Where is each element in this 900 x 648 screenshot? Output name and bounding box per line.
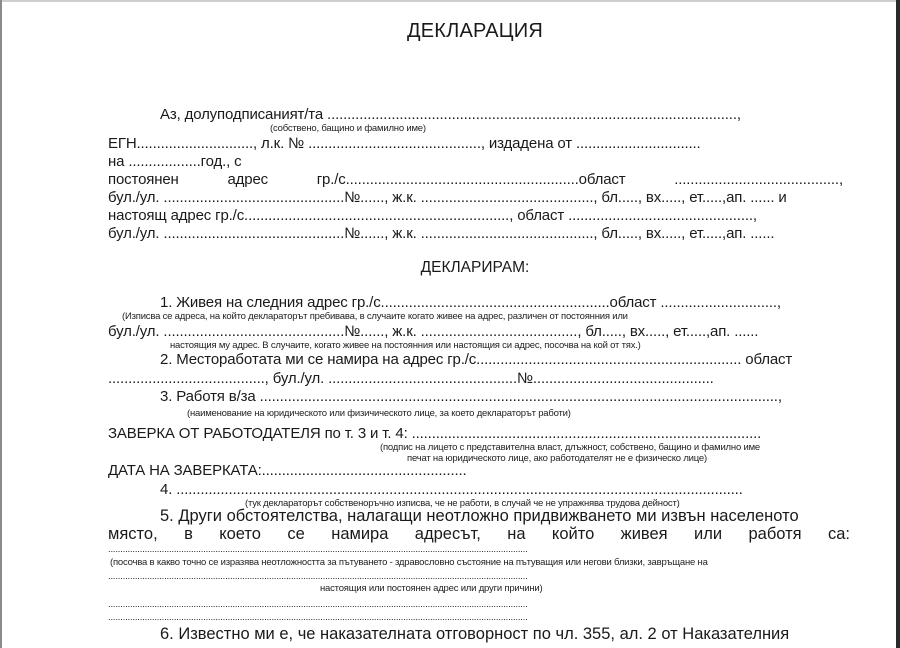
intro-name-line: Аз, долуподписаният/та .................… bbox=[160, 106, 741, 123]
intro-current-street-line: бул./ул. ...............................… bbox=[108, 225, 774, 242]
intro-egn-line: ЕГН............................., л.к. №… bbox=[108, 135, 701, 152]
intro-permanent-address-line: постоянен адрес гр./с...................… bbox=[108, 171, 843, 188]
item1-line1: 1. Живея на следния адрес гр./с.........… bbox=[160, 294, 781, 311]
word: който bbox=[552, 525, 594, 544]
item5-dots1: ........................................… bbox=[108, 544, 843, 555]
item1-note1: (Изписва се адреса, на който декларатoръ… bbox=[122, 311, 628, 322]
item5-note1: (посочва в какво точно се изразява неотл… bbox=[110, 557, 708, 568]
item5-line1: 5. Други обстоятелства, налагащи неотлож… bbox=[160, 507, 799, 526]
employer-note1: (подпис на лицето с представителна власт… bbox=[380, 442, 760, 453]
item5-dots2: ........................................… bbox=[108, 571, 843, 582]
word: адресът, bbox=[415, 525, 481, 544]
certification-date-line: ДАТА НА ЗАВЕРКАТА:......................… bbox=[108, 462, 467, 479]
word: което bbox=[219, 525, 261, 544]
word: работя bbox=[748, 525, 801, 544]
item3-line1: 3. Работя в/за .........................… bbox=[160, 388, 782, 405]
item5-note2: настоящия или постоянен адрес или други … bbox=[320, 583, 543, 594]
intro-name-note: (собствено, бащино и фамилно име) bbox=[270, 123, 426, 134]
item5-dots4: ........................................… bbox=[108, 612, 848, 623]
item1-note2: настоящия му адрес. В случаите, когато ж… bbox=[170, 340, 641, 351]
intro-current-address-line: настоящ адрес гр./с.....................… bbox=[108, 207, 757, 224]
item3-note: (наименование на юридическото или физичи… bbox=[187, 408, 571, 419]
word: живея bbox=[621, 525, 668, 544]
employer-certification-line: ЗАВЕРКА ОТ РАБОТОДАТЕЛЯ по т. 3 и т. 4: … bbox=[108, 425, 761, 442]
word: гр./с...................................… bbox=[317, 171, 626, 188]
word: намира bbox=[331, 525, 388, 544]
item6-line1: 6. Известно ми е, че наказателната отгов… bbox=[160, 625, 789, 644]
word: ........................................… bbox=[674, 171, 843, 188]
word: са: bbox=[828, 525, 850, 544]
word: или bbox=[694, 525, 722, 544]
document-title: ДЕКЛАРАЦИЯ bbox=[0, 20, 900, 43]
word: в bbox=[184, 525, 193, 544]
word: адрес bbox=[227, 171, 268, 188]
declare-heading: ДЕКЛАРИРАМ: bbox=[0, 259, 900, 277]
word: постоянен bbox=[108, 171, 179, 188]
document-page: ДЕКЛАРАЦИЯ Аз, долуподписаният/та ......… bbox=[0, 0, 900, 648]
item2-line2: .......................................,… bbox=[108, 370, 714, 387]
word: на bbox=[507, 525, 525, 544]
intro-street-line: бул./ул. ...............................… bbox=[108, 189, 787, 206]
item5-dots3: ........................................… bbox=[108, 599, 848, 610]
item4-line: 4. .....................................… bbox=[160, 481, 743, 498]
item5-line2: място, в което се намира адресът, на кой… bbox=[108, 525, 850, 544]
word: място, bbox=[108, 525, 158, 544]
item1-line2: бул./ул. ...............................… bbox=[108, 323, 758, 340]
word: се bbox=[287, 525, 304, 544]
intro-date-line: на ..................год., с bbox=[108, 153, 242, 170]
item2-line1: 2. Месторабoтата ми се намира на адрес г… bbox=[160, 351, 792, 368]
